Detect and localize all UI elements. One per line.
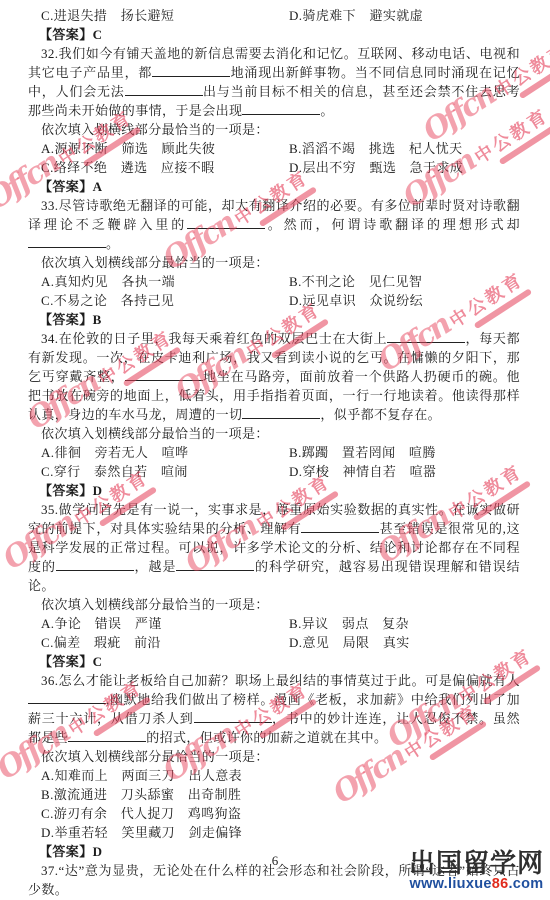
blank-underline bbox=[242, 104, 320, 115]
site-url: www.liuxue86.com bbox=[409, 876, 544, 892]
watermark-ribbon bbox=[519, 58, 550, 99]
answer-line: 【答案】C bbox=[28, 652, 520, 671]
site-url-suffix: .com bbox=[508, 876, 543, 892]
question-paragraph: 32.我们如今有铺天盖地的新信息需要去消化和记忆。互联网、移动电话、电视和其它电… bbox=[28, 44, 520, 120]
instruction-line: 依次填入划横线部分最恰当的一项是： bbox=[28, 595, 520, 614]
instruction-line: 依次填入划横线部分最恰当的一项是： bbox=[28, 120, 520, 139]
option-row: C.穿行 泰然自若 喧闹D.穿梭 神情自若 喧嚣 bbox=[28, 462, 520, 481]
instruction-line: 依次填入划横线部分最恰当的一项是： bbox=[28, 424, 520, 443]
option-item: C.进退失措 扬长避短 bbox=[41, 6, 289, 25]
option-item: D.层出不穷 甄选 急于求成 bbox=[289, 158, 520, 177]
question-paragraph: 36.怎么才能让老板给自己加薪？职场上最纠结的事情莫过于此。可是偏偏就有人,幽默… bbox=[28, 671, 520, 747]
option-item: C.不易之论 各持己见 bbox=[41, 291, 289, 310]
option-item: D.举重若轻 笑里藏刀 剑走偏锋 bbox=[28, 823, 520, 842]
site-url-highlight: 86 bbox=[492, 876, 509, 892]
option-item: B.异议 弱点 复杂 bbox=[289, 614, 520, 633]
answer-line: 【答案】D bbox=[28, 481, 520, 500]
answer-line: 【答案】B bbox=[28, 310, 520, 329]
site-name: 出国留学网 bbox=[409, 850, 544, 877]
answer-line: 【答案】A bbox=[28, 177, 520, 196]
option-item: A.源源不断 筛选 顾此失彼 bbox=[41, 139, 289, 158]
option-row: A.徘徊 旁若无人 喧哗B.踯躅 置若罔闻 喧腾 bbox=[28, 443, 520, 462]
option-item: C.偏差 瑕疵 前沿 bbox=[41, 633, 289, 652]
answer-line: 【答案】C bbox=[28, 25, 520, 44]
blank-underline bbox=[68, 731, 146, 742]
blank-underline bbox=[242, 408, 320, 419]
option-item: C.穿行 泰然自若 喧闹 bbox=[41, 462, 289, 481]
option-row: C.偏差 瑕疵 前沿D.意见 局限 真实 bbox=[28, 633, 520, 652]
option-item: B.不刊之论 见仁见智 bbox=[289, 272, 520, 291]
question-paragraph: 33.尽管诗歌绝无翻译的可能，却大有翻译介绍的必要。有多位前辈时贤对诗歌翻译理论… bbox=[28, 196, 520, 253]
option-item: C.游刃有余 代人捉刀 鸡鸣狗盗 bbox=[28, 804, 520, 823]
option-item: B.激流通进 刀头舔蜜 出奇制胜 bbox=[28, 785, 520, 804]
option-item: A.真知灼见 各执一端 bbox=[41, 272, 289, 291]
option-row: C.进退失措 扬长避短D.骑虎难下 避实就虚 bbox=[28, 6, 520, 25]
option-item: D.意见 局限 真实 bbox=[289, 633, 520, 652]
instruction-line: 依次填入划横线部分最恰当的一项是： bbox=[28, 747, 520, 766]
blank-underline bbox=[56, 560, 134, 571]
blank-underline bbox=[387, 332, 465, 343]
option-item: A.争论 错误 严谨 bbox=[41, 614, 289, 633]
option-item: B.踯躅 置若罔闻 喧腾 bbox=[289, 443, 520, 462]
option-item: B.滔滔不竭 挑选 杞人忧天 bbox=[289, 139, 520, 158]
blank-underline bbox=[176, 560, 254, 571]
option-item: C.络绎不绝 遴选 应接不暇 bbox=[41, 158, 289, 177]
option-item: D.骑虎难下 避实就虚 bbox=[289, 6, 520, 25]
site-url-prefix: www.liuxue bbox=[409, 876, 491, 892]
option-row: A.真知灼见 各执一端B.不刊之论 见仁见智 bbox=[28, 272, 520, 291]
footer-site-brand: 出国留学网 www.liuxue86.com bbox=[409, 850, 544, 892]
option-item: D.远见卓识 众说纷纭 bbox=[289, 291, 520, 310]
option-row: A.争论 错误 严谨B.异议 弱点 复杂 bbox=[28, 614, 520, 633]
document-body: C.进退失措 扬长避短D.骑虎难下 避实就虚【答案】C32.我们如今有铺天盖地的… bbox=[28, 6, 520, 899]
option-row: A.源源不断 筛选 顾此失彼B.滔滔不竭 挑选 杞人忧天 bbox=[28, 139, 520, 158]
instruction-line: 依次填入划横线部分最恰当的一项是： bbox=[28, 253, 520, 272]
option-row: C.络绎不绝 遴选 应接不暇D.层出不穷 甄选 急于求成 bbox=[28, 158, 520, 177]
option-row: C.不易之论 各持己见D.远见卓识 众说纷纭 bbox=[28, 291, 520, 310]
blank-underline bbox=[28, 237, 106, 248]
blank-underline bbox=[125, 370, 203, 381]
blank-underline bbox=[301, 522, 379, 533]
option-item: A.知难而上 两面三刀 出人意表 bbox=[28, 766, 520, 785]
option-item: D.穿梭 神情自若 喧嚣 bbox=[289, 462, 520, 481]
blank-underline bbox=[125, 85, 203, 96]
blank-underline bbox=[194, 712, 272, 723]
blank-underline bbox=[28, 693, 106, 704]
blank-underline bbox=[187, 218, 265, 229]
question-paragraph: 34.在伦敦的日子里，我每天乘着红色的双层巴士在大街上，每天都有新发现。一次，在… bbox=[28, 329, 520, 424]
option-item: A.徘徊 旁若无人 喧哗 bbox=[41, 443, 289, 462]
blank-underline bbox=[152, 66, 230, 77]
question-paragraph: 35.做学问首先是有一说一，实事求是，尊重原始实验数据的真实性。在诚实做研究的前… bbox=[28, 500, 520, 595]
